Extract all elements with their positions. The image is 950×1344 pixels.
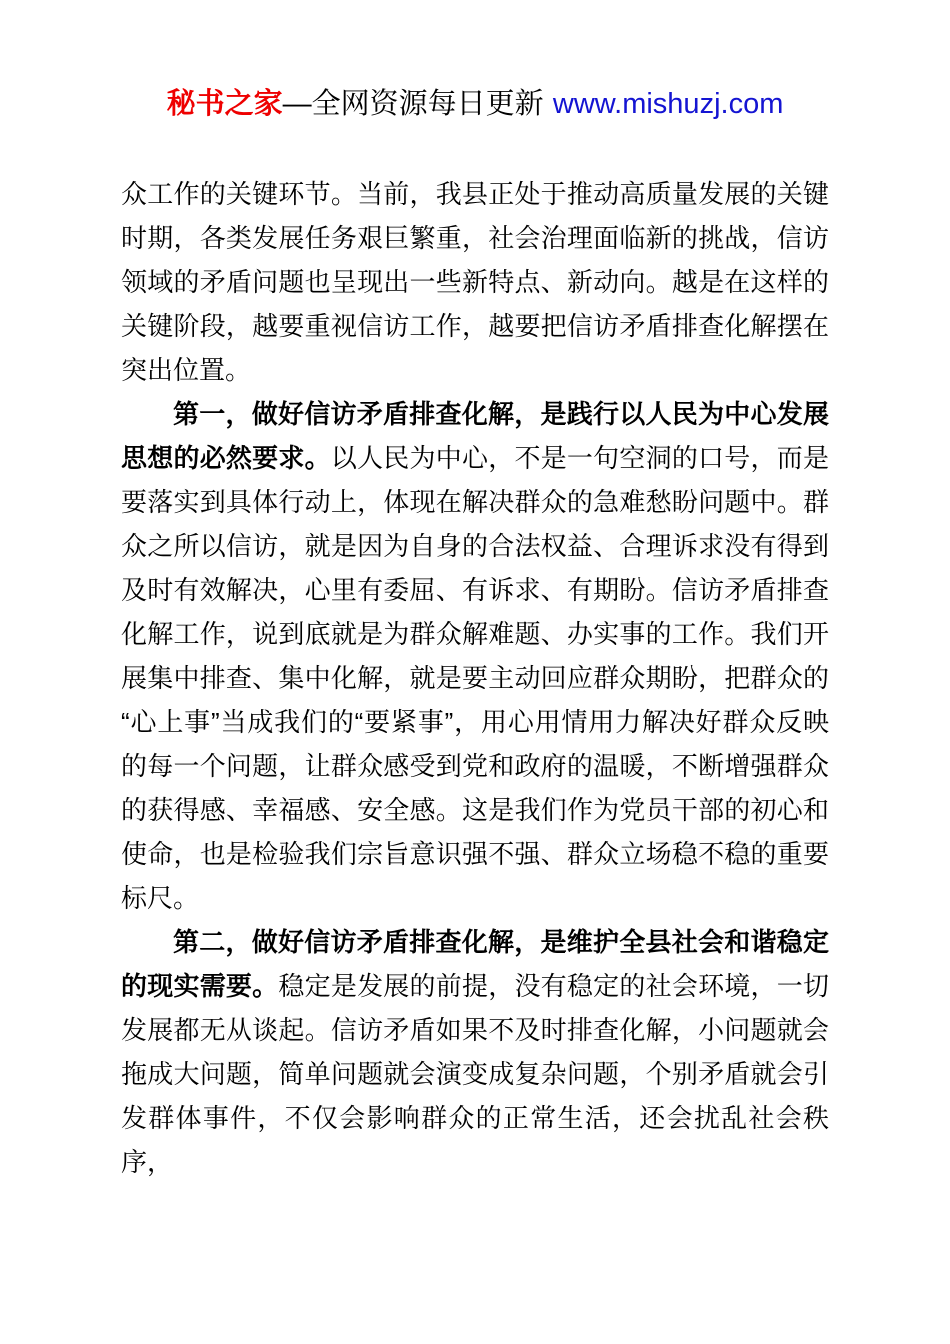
site-header: 秘书之家—全网资源每日更新www.mishuzj.com xyxy=(0,0,950,122)
header-tagline: 全网资源每日更新 xyxy=(312,88,544,120)
paragraph-2-text: 稳定是发展的前提，没有稳定的社会环境，一切发展都无从谈起。信访矛盾如果不及时排查… xyxy=(121,971,829,1177)
site-name: 秘书之家 xyxy=(167,88,283,120)
header-separator: — xyxy=(283,88,312,120)
paragraph-continuation: 众工作的关键环节。当前，我县正处于推动高质量发展的关键时期，各类发展任务艰巨繁重… xyxy=(121,172,829,392)
paragraph-text: 众工作的关键环节。当前，我县正处于推动高质量发展的关键时期，各类发展任务艰巨繁重… xyxy=(121,179,829,385)
paragraph-point-2: 第二，做好信访矛盾排查化解，是维护全县社会和谐稳定的现实需要。稳定是发展的前提，… xyxy=(121,920,829,1184)
document-page: 秘书之家—全网资源每日更新www.mishuzj.com 众工作的关键环节。当前… xyxy=(0,0,950,1344)
paragraph-point-1: 第一，做好信访矛盾排查化解，是践行以人民为中心发展思想的必然要求。以人民为中心，… xyxy=(121,392,829,920)
document-body: 众工作的关键环节。当前，我县正处于推动高质量发展的关键时期，各类发展任务艰巨繁重… xyxy=(121,172,829,1184)
paragraph-1-text: 以人民为中心，不是一句空洞的口号，而是要落实到具体行动上，体现在解决群众的急难愁… xyxy=(121,443,829,913)
site-url-link[interactable]: www.mishuzj.com xyxy=(553,88,783,120)
